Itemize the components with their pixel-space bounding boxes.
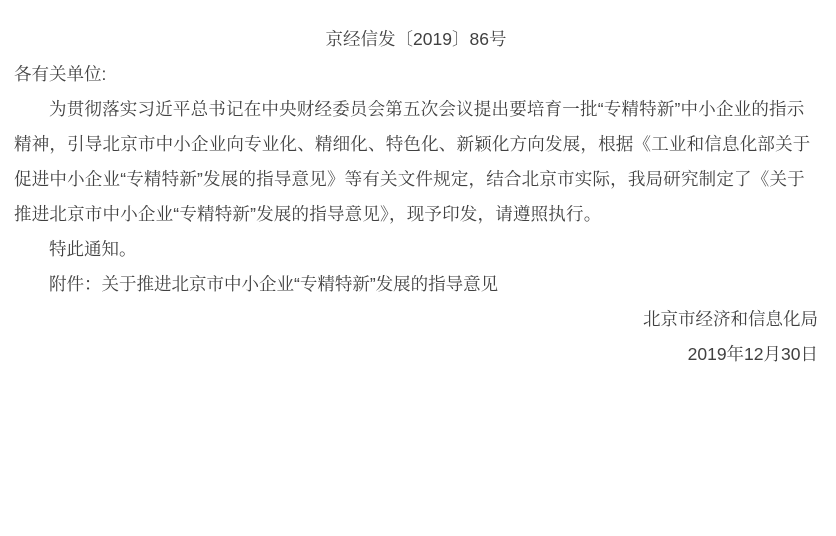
body-paragraph: 为贯彻落实习近平总书记在中央财经委员会第五次会议提出要培育一批“专精特新”中小企…	[14, 92, 818, 232]
notice-line: 特此通知。	[14, 232, 818, 267]
issue-date: 2019年12月30日	[14, 337, 818, 372]
salutation-line: 各有关单位:	[14, 57, 818, 92]
issuer-signature: 北京市经济和信息化局	[14, 302, 818, 337]
attachment-line: 附件：关于推进北京市中小企业“专精特新”发展的指导意见	[14, 267, 818, 302]
official-notice-document: 京经信发〔2019〕86号 各有关单位: 为贯彻落实习近平总书记在中央财经委员会…	[0, 0, 836, 536]
document-number: 京经信发〔2019〕86号	[14, 22, 818, 57]
